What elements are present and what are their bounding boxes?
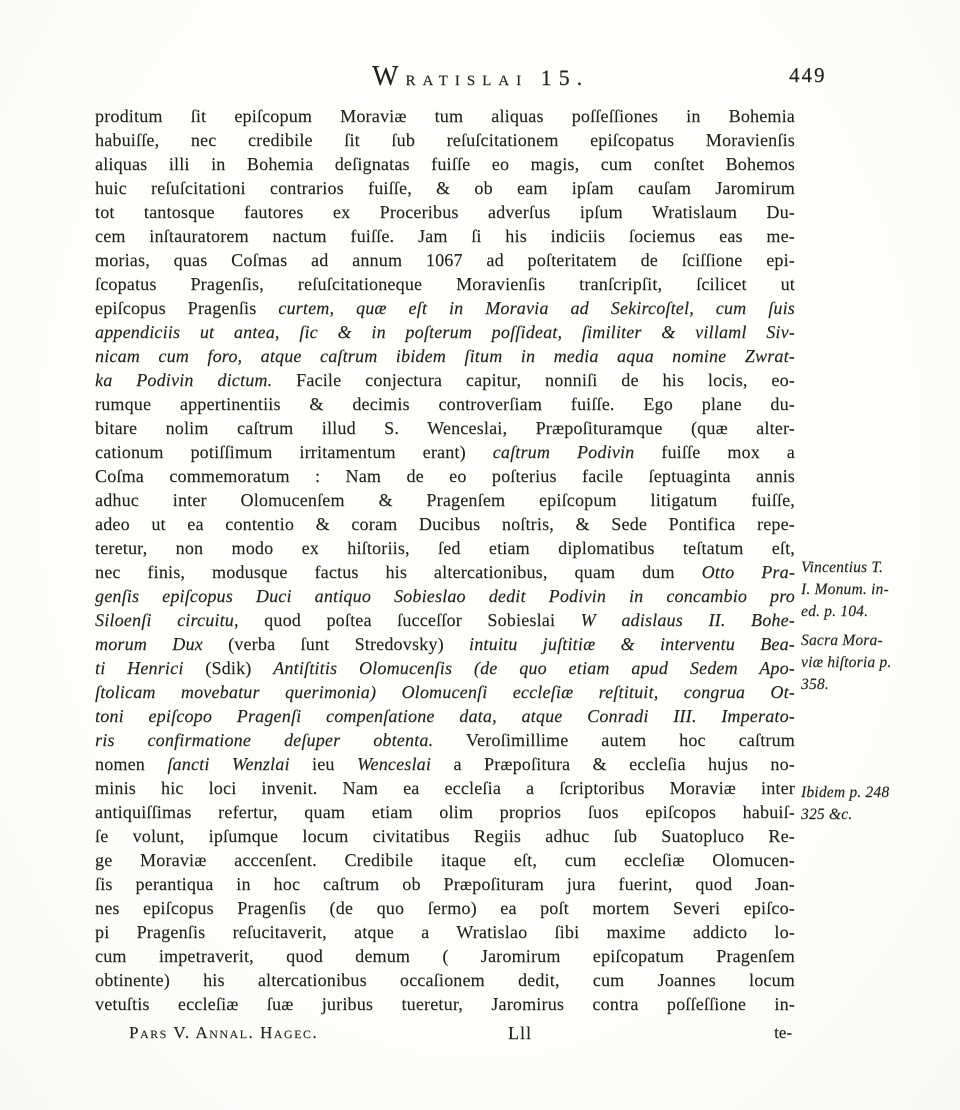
text-line: adhuc inter Olomucenſem & Pragenſem epiſ… [95, 488, 795, 512]
text-line: appendiciis ut antea, ſic & in poſterum … [95, 320, 795, 344]
body-text: proditum ſit epiſcopum Moraviæ tum aliqu… [95, 104, 795, 1016]
roman-segment: bitare nolim caſtrum illud S. Wenceslai,… [95, 418, 795, 438]
text-line: nomen ſancti Wenzlai ieu Wenceslai a Præ… [95, 752, 795, 776]
text-line: cem inſtauratorem nactum fuiſſe. Jam ſi … [95, 224, 795, 248]
text-line: obtinente) his altercationibus occaſione… [95, 968, 795, 992]
roman-segment: (Sdik) [205, 658, 273, 678]
roman-segment: Coſma commemoratum : Nam de eo poſterius… [95, 466, 795, 486]
roman-segment: antiquiſſimas refertur, quam etiam olim … [95, 802, 795, 822]
italic-segment: ſancti Wenzlai [167, 754, 289, 774]
roman-segment: ſis perantiqua in hoc caſtrum ob Præpoſi… [95, 874, 795, 894]
text-line: genſis epiſcopus Duci antiquo Sobieslao … [95, 584, 795, 608]
footer-line: Pars V. Annal. Hagec. Lll te- [95, 1023, 795, 1049]
roman-segment: ieu [290, 754, 357, 774]
series-label: Pars V. Annal. Hagec. [129, 1023, 318, 1043]
roman-segment: adeo ut ea contentio & coram Ducibus noſ… [95, 514, 795, 534]
roman-segment: epiſcopus Pragenſis [95, 298, 278, 318]
italic-segment: ka Podivin dictum. [95, 370, 272, 390]
text-line: ſe volunt, ipſumque locum civitatibus Re… [95, 824, 795, 848]
margin-note-line: ed. p. 104. [801, 601, 959, 623]
roman-segment: cationum potiſſimum irritamentum erant) [95, 442, 493, 462]
roman-segment: pi Pragenſis reſucitaverit, atque a Wrat… [95, 922, 795, 942]
text-line: ge Moraviæ acccenſent. Credibile itaque … [95, 848, 795, 872]
roman-segment: fuiſſe mox a [634, 442, 795, 462]
margin-note: Vincentius T.I. Monum. in-ed. p. 104. [801, 557, 959, 623]
text-line: proditum ſit epiſcopum Moraviæ tum aliqu… [95, 104, 795, 128]
margin-note-line: I. Monum. in- [801, 579, 959, 601]
roman-segment: aliquas illi in Bohemia deſignatas fuiſſ… [95, 154, 795, 174]
margin-note: Ibidem p. 248325 &c. [801, 782, 959, 826]
roman-segment: morias, quas Coſmas ad annum 1067 ad poſ… [95, 250, 795, 270]
italic-segment: ti Henrici [95, 658, 205, 678]
roman-segment: teretur, non modo ex hiſtoriis, ſed etia… [95, 538, 795, 558]
text-line: rumque appertinentiis & decimis controve… [95, 392, 795, 416]
text-line: pi Pragenſis reſucitaverit, atque a Wrat… [95, 920, 795, 944]
text-line: nes epiſcopus Pragenſis (de quo ſermo) e… [95, 896, 795, 920]
italic-segment: toni epiſcopo Pragenſi compenſatione dat… [95, 706, 795, 726]
text-line: teretur, non modo ex hiſtoriis, ſed etia… [95, 536, 795, 560]
text-line: ſtolicam movebatur querimonia) Olomucenſ… [95, 680, 795, 704]
text-line: ſcopatus Pragenſis, reſuſcitationeque Mo… [95, 272, 795, 296]
roman-segment: ge Moraviæ acccenſent. Credibile itaque … [95, 850, 795, 870]
margin-note-line: Vincentius T. [801, 557, 959, 579]
roman-segment: obtinente) his altercationibus occaſione… [95, 970, 795, 990]
italic-segment: curtem, quæ eſt in Moravia ad Sekircoſte… [278, 298, 795, 318]
text-line: tot tantosque fautores ex Proceribus adv… [95, 200, 795, 224]
catchword: te- [774, 1023, 792, 1043]
text-line: huic reſuſcitationi contrarios fuiſſe, &… [95, 176, 795, 200]
text-line: vetuſtis eccleſiæ ſuæ juribus tueretur, … [95, 992, 795, 1016]
text-line: adeo ut ea contentio & coram Ducibus noſ… [95, 512, 795, 536]
text-line: ti Henrici (Sdik) Antiſtitis Olomucenſis… [95, 656, 795, 680]
margin-note-line: Ibidem p. 248 [801, 782, 959, 804]
text-line: nec finis, modusque factus his altercati… [95, 560, 795, 584]
roman-segment: nes epiſcopus Pragenſis (de quo ſermo) e… [95, 898, 795, 918]
roman-segment: habuiſſe, nec credibile ſit ſub reſuſcit… [95, 130, 795, 150]
roman-segment: tot tantosque fautores ex Proceribus adv… [95, 202, 795, 222]
roman-segment: quod poſtea ſucceſſor Sobieslai [239, 610, 581, 630]
roman-segment: Veroſimillime autem hoc caſtrum [433, 730, 795, 750]
italic-segment: ris confirmatione deſuper obtenta. [95, 730, 433, 750]
roman-segment: ſe volunt, ipſumque locum civitatibus Re… [95, 826, 795, 846]
roman-segment: nec finis, modusque factus his altercati… [95, 562, 702, 582]
italic-segment: morum Dux [95, 634, 228, 654]
roman-segment: a Præpoſitura & eccleſia hujus no- [431, 754, 795, 774]
italic-segment: ſtolicam movebatur querimonia) Olomucenſ… [95, 682, 795, 702]
roman-segment: huic reſuſcitationi contrarios fuiſſe, &… [95, 178, 795, 198]
roman-segment: cem inſtauratorem nactum fuiſſe. Jam ſi … [95, 226, 795, 246]
text-line: cum impetraverit, quod demum ( Jaromirum… [95, 944, 795, 968]
signature-mark: Lll [508, 1023, 532, 1044]
roman-segment: adhuc inter Olomucenſem & Pragenſem epiſ… [95, 490, 795, 510]
italic-segment: intuitu juſtitiæ & interventu Bea- [469, 634, 795, 654]
text-line: morum Dux (verba ſunt Stredovsky) intuit… [95, 632, 795, 656]
text-line: Siloenſi circuitu, quod poſtea ſucceſſor… [95, 608, 795, 632]
roman-segment: ſcopatus Pragenſis, reſuſcitationeque Mo… [95, 274, 795, 294]
margin-note-line: Sacra Mora- [801, 630, 959, 652]
margin-note: Sacra Mora-viæ hiſtoria p.358. [801, 630, 959, 696]
roman-segment: Facile conjectura capitur, nonniſi de hi… [272, 370, 795, 390]
roman-segment: minis hic loci invenit. Nam ea eccleſia … [95, 778, 795, 798]
text-line: epiſcopus Pragenſis curtem, quæ eſt in M… [95, 296, 795, 320]
roman-segment: vetuſtis eccleſiæ ſuæ juribus tueretur, … [95, 994, 795, 1014]
text-line: ris confirmatione deſuper obtenta. Veroſ… [95, 728, 795, 752]
text-line: ſis perantiqua in hoc caſtrum ob Præpoſi… [95, 872, 795, 896]
running-title: Wratislai 15. [372, 61, 589, 93]
italic-segment: Otto Pra- [702, 562, 795, 582]
book-page-scan: Wratislai 15. 449 proditum ſit epiſcopum… [0, 0, 960, 1110]
text-line: minis hic loci invenit. Nam ea eccleſia … [95, 776, 795, 800]
roman-segment: cum impetraverit, quod demum ( Jaromirum… [95, 946, 795, 966]
text-line: nicam cum foro, atque caſtrum ibidem ſit… [95, 344, 795, 368]
text-line: antiquiſſimas refertur, quam etiam olim … [95, 800, 795, 824]
page-number: 449 [789, 63, 827, 88]
text-line: Coſma commemoratum : Nam de eo poſterius… [95, 464, 795, 488]
text-line: habuiſſe, nec credibile ſit ſub reſuſcit… [95, 128, 795, 152]
text-line: morias, quas Coſmas ad annum 1067 ad poſ… [95, 248, 795, 272]
italic-segment: Siloenſi circuitu, [95, 610, 239, 630]
italic-segment: nicam cum foro, atque caſtrum ibidem ſit… [95, 346, 795, 366]
text-line: bitare nolim caſtrum illud S. Wenceslai,… [95, 416, 795, 440]
italic-segment: Wenceslai [357, 754, 431, 774]
margin-note-line: 325 &c. [801, 804, 959, 826]
italic-segment: genſis epiſcopus Duci antiquo Sobieslao … [95, 586, 795, 606]
italic-segment: W adislaus II. Bohe- [581, 610, 795, 630]
italic-segment: appendiciis ut antea, ſic & in poſterum … [95, 322, 795, 342]
roman-segment: (verba ſunt Stredovsky) [228, 634, 469, 654]
italic-segment: Antiſtitis Olomucenſis (de quo etiam apu… [273, 658, 795, 678]
italic-segment: caſtrum Podivin [493, 442, 635, 462]
roman-segment: nomen [95, 754, 167, 774]
margin-note-line: 358. [801, 674, 959, 696]
text-line: toni epiſcopo Pragenſi compenſatione dat… [95, 704, 795, 728]
text-line: aliquas illi in Bohemia deſignatas fuiſſ… [95, 152, 795, 176]
text-line: ka Podivin dictum. Facile conjectura cap… [95, 368, 795, 392]
roman-segment: proditum ſit epiſcopum Moraviæ tum aliqu… [95, 106, 795, 126]
roman-segment: rumque appertinentiis & decimis controve… [95, 394, 795, 414]
text-line: cationum potiſſimum irritamentum erant) … [95, 440, 795, 464]
margin-note-line: viæ hiſtoria p. [801, 652, 959, 674]
